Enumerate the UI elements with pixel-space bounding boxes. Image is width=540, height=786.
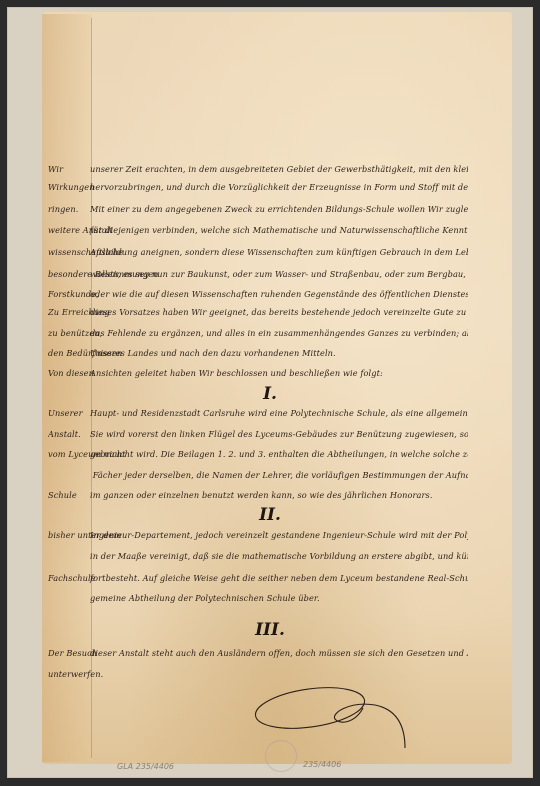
- text-line: weitere Anstaltfür diejenigen verbinden,…: [48, 224, 468, 236]
- archive-signature-left: GLA 235/4406: [117, 762, 174, 771]
- text-line: Wirkungenhervorzubringen, und durch die …: [48, 181, 468, 193]
- archive-signature-right: 235/4406: [303, 760, 341, 769]
- text-line: in der Maaße vereinigt, daß sie die math…: [48, 550, 468, 562]
- text-line: ringen.Mit einer zu dem angegebenen Zwec…: [48, 203, 468, 215]
- text-line: vom Lyceum nichtgebraucht wird. Die Beil…: [48, 448, 468, 460]
- text-line: Schuleim ganzen oder einzelnen benutzt w…: [48, 489, 468, 501]
- section-heading-3: III.: [0, 620, 540, 640]
- text-line: wissenschaftlicheAusbildung aneignen, so…: [48, 246, 468, 258]
- text-line: zu benützen,das Fehlende zu ergänzen, un…: [48, 327, 468, 339]
- text-line: gemeine Abtheilung der Polytechnischen S…: [48, 592, 468, 604]
- text-line: besondere Bestimmungenwollen, es sey nun…: [48, 268, 468, 280]
- text-line: Anstalt.Sie wird vorerst den linken Flüg…: [48, 428, 468, 440]
- text-line: bisher unter demIngenieur-Departement, j…: [48, 529, 468, 541]
- text-line: Forstkunde,oder wie die auf diesen Wisse…: [48, 288, 468, 300]
- text-line: Zu Erreichungdieses Vorsatzes haben Wir …: [48, 306, 468, 318]
- text-line: Fachschulefortbesteht. Auf gleiche Weise…: [48, 572, 468, 584]
- text-line: den BedürfnissenUnseres Landes und nach …: [48, 347, 468, 359]
- text-line: Wirunserer Zeit erachten, in dem ausgebr…: [48, 163, 468, 175]
- text-line: Fächer jeder derselben, die Namen der Le…: [48, 469, 468, 481]
- text-line: Von diesenAnsichten geleitet haben Wir b…: [48, 367, 468, 379]
- section-heading-1: I.: [0, 384, 540, 404]
- section-heading-2: II.: [0, 505, 540, 525]
- text-line: unterwerfen.: [48, 668, 468, 680]
- archive-stamp: [265, 740, 297, 772]
- text-line: Der Besuchdieser Anstalt steht auch den …: [48, 647, 468, 659]
- text-line: UnsererHaupt- und Residenzstadt Carlsruh…: [48, 407, 468, 419]
